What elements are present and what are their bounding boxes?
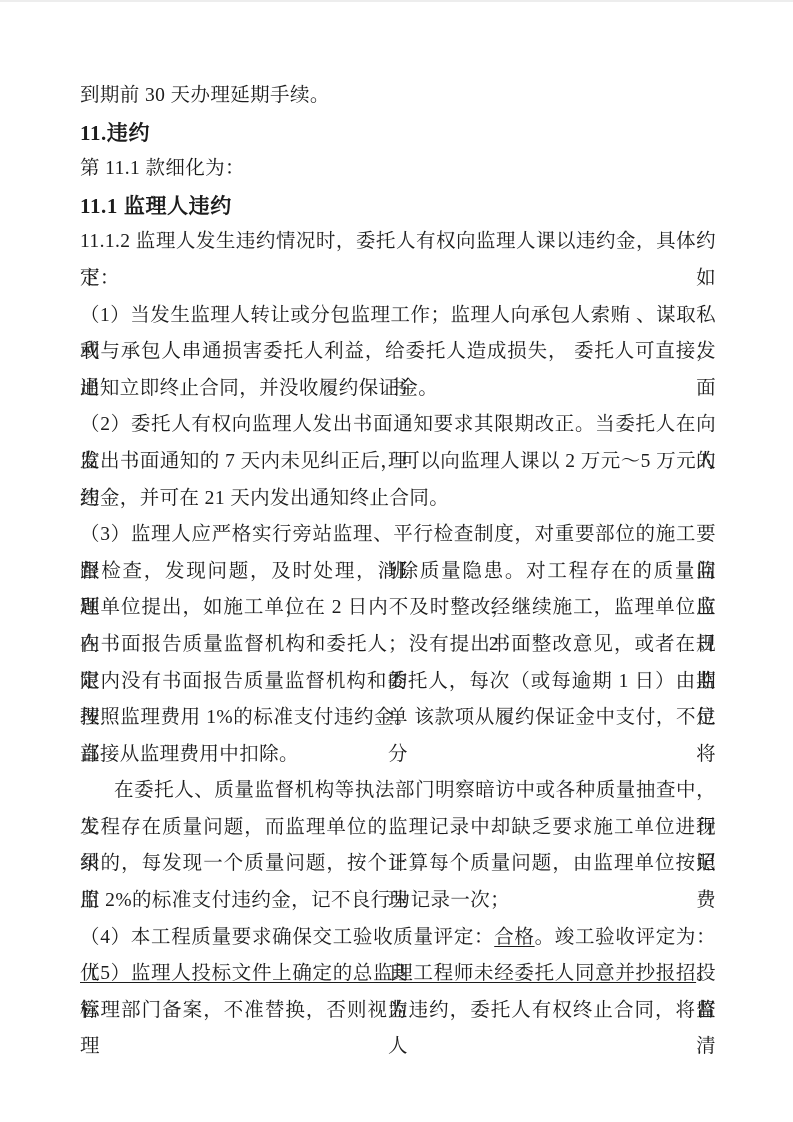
- document-page: 到期前 30 天办理延期手续。11.违约第 11.1 款细化为：11.1 监理人…: [0, 0, 793, 1122]
- text-line: （4）本工程质量要求确保交工验收质量评定：合格。竣工验收评定为：优良。: [80, 920, 716, 957]
- text-line: 到期前 30 天办理延期手续。: [80, 78, 716, 115]
- text-line: （1）当发生监理人转让或分包监理工作；监理人向承包人索贿 、谋取私利，: [80, 298, 716, 335]
- text-segment: （4）本工程质量要求确保交工验收质量评定：: [80, 927, 494, 948]
- text-line: 限内没有书面报告质量监督机构和委托人，每次（或每逾期 1 日）由监理单位: [80, 664, 716, 701]
- text-line: 按照监理费用 1%的标准支付违约金。该款项从履约保证金中支付，不足部分将: [80, 700, 716, 737]
- text-line: 或与承包人串通损害委托人利益，给委托人造成损失， 委托人可直接发出书面: [80, 334, 716, 371]
- text-line: （2）委托人有权向监理人发出书面通知要求其限期改正。当委托人在向监理人: [80, 407, 716, 444]
- text-line: 工程存在质量问题，而监理单位的监理记录中却缺乏要求施工单位进行纠正记: [80, 810, 716, 847]
- text-line: 督检查，发现问题，及时处理，消除质量隐患。对工程存在的质量问题，经监: [80, 554, 716, 591]
- text-line: 录的，每发现一个质量问题，按个计算每个质量问题，由监理单位按照监理费: [80, 846, 716, 883]
- text-line: 理单位提出，如施工单位在 2 日内不及时整改，继续施工，监理单位应在 2 日: [80, 590, 716, 627]
- text-line: 11.1.2 监理人发生违约情况时，委托人有权向监理人课以违约金，具体约定如: [80, 224, 716, 261]
- text-line: 管理部门备案，不准替换，否则视为违约，委托人有权终止合同，将监理人清: [80, 993, 716, 1030]
- underlined-value: 合格: [494, 927, 534, 948]
- text-line: （5）监理人投标文件上确定的总监理工程师未经委托人同意并抄报招投标监督: [80, 956, 716, 993]
- text-segment: 。竣工验收评定为：: [535, 927, 716, 948]
- text-line: （3）监理人应严格实行旁站监理、平行检查制度，对重要部位的施工要跟班监: [80, 517, 716, 554]
- heading-line: 11.违约: [80, 115, 716, 152]
- text-line: 约金，并可在 21 天内发出通知终止合同。: [80, 481, 716, 518]
- text-line: 在委托人、质量监督机构等执法部门明察暗访中或各种质量抽查中，发现: [80, 773, 716, 810]
- text-line: 内书面报告质量监督机构和委托人；没有提出书面整改意见，或者在规定的期: [80, 627, 716, 664]
- text-line: 第 11.1 款细化为：: [80, 151, 716, 188]
- text-line: 发出书面通知的 7 天内未见纠正后，可以向监理人课以 2 万元～5 万元的违: [80, 444, 716, 481]
- heading-line: 11.1 监理人违约: [80, 188, 716, 225]
- document-content: 到期前 30 天办理延期手续。11.违约第 11.1 款细化为：11.1 监理人…: [80, 78, 716, 1029]
